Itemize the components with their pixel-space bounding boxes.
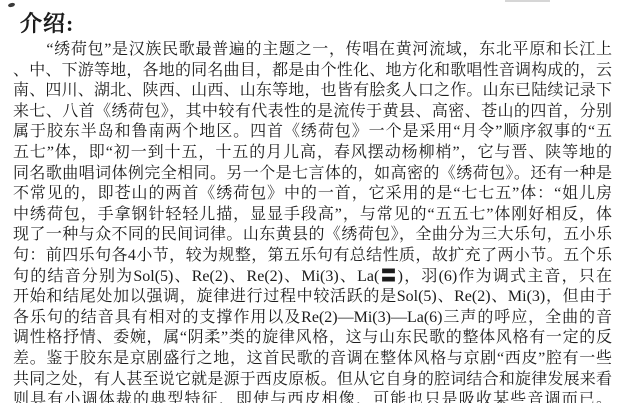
text-line: 句：前四乐句各4小节，较为规整，第五乐句有总结性质，故扩充了两小节。五个乐: [13, 246, 612, 267]
scan-artifact: [8, 2, 16, 8]
text-line: 同名歌曲唱词体例完全相同。另一个是七言体的，如高密的《绣荷包》。还有一种是: [13, 164, 612, 185]
text-line: 共同之处，有人甚至说它就是源于西皮原板。但从它自身的腔词结合和旋律发展来看: [13, 370, 612, 391]
text-line: 差。鉴于胶东是京剧盛行之地，这首民歌的音调在整体风格与京剧“西皮”腔有一些: [13, 349, 612, 370]
text-line: 现了一种与众不同的民间词律。山东黄县的《绣荷包》，全曲分为三大乐句，五小乐: [13, 225, 612, 246]
text-line: 、中、下游等地，各地的同名曲目，都是由个性化、地方化和歌唱性音调构成的，云: [13, 61, 612, 82]
section-title: 介绍:: [20, 11, 625, 36]
text-line: 开始和结尾处加以强调，旋律进行过程中较活跃的是Sol(5)、Re(2)、Mi(3…: [13, 287, 612, 308]
text-line: 则具有小调体裁的典型特征，即使与西皮相像，可能也只是吸收某些音调而已。: [13, 390, 612, 403]
text-line: 不常见的，即苍山的两首《绣荷包》中的一首，它采用的是“七七五”体：“姐儿房: [13, 184, 612, 205]
intro-paragraph: “绣荷包”是汉族民歌最普遍的主题之一，传唱在黄河流域，东北平原和长江上、中、下游…: [13, 40, 612, 403]
text-line: “绣荷包”是汉族民歌最普遍的主题之一，传唱在黄河流域，东北平原和长江上: [13, 40, 612, 61]
text-line: 调性格抒情、委婉，属“阴柔”类的旋律风格，这与山东民歌的整体风格有一定的反: [13, 328, 612, 349]
text-line: 属于胶东半岛和鲁南两个地区。四首《绣荷包》一个是采用“月令”顺序叙事的“五: [13, 122, 612, 143]
text-line: 句的结音分别为Sol(5)、Re(2)、Re(2)、Mi(3)、La(〓)，羽(…: [13, 267, 612, 288]
text-line: 各乐句的结音具有相对的支撑作用以及Re(2)—Mi(3)—La(6)三声的呼应，…: [13, 308, 612, 329]
text-line: 南、四川、湖北、陕西、山西、山东等地，也皆有脍炙人口之作。山东已陆续记录下: [13, 81, 612, 102]
scan-artifact: [505, 0, 550, 2]
document-page: 介绍: “绣荷包”是汉族民歌最普遍的主题之一，传唱在黄河流域，东北平原和长江上、…: [0, 0, 625, 403]
text-line: 中绣荷包，手拿钢针轻轻儿描，显显手段高”，与常见的“五五七”体刚好相反，体: [13, 205, 612, 226]
text-line: 五七”体，即“初一到十五，十五的月儿高，春风摆动杨柳梢”，它与晋、陕等地的: [13, 143, 612, 164]
text-line: 来七、八首《绣荷包》，其中较有代表性的是流传于黄县、高密、苍山的四首，分别: [13, 102, 612, 123]
